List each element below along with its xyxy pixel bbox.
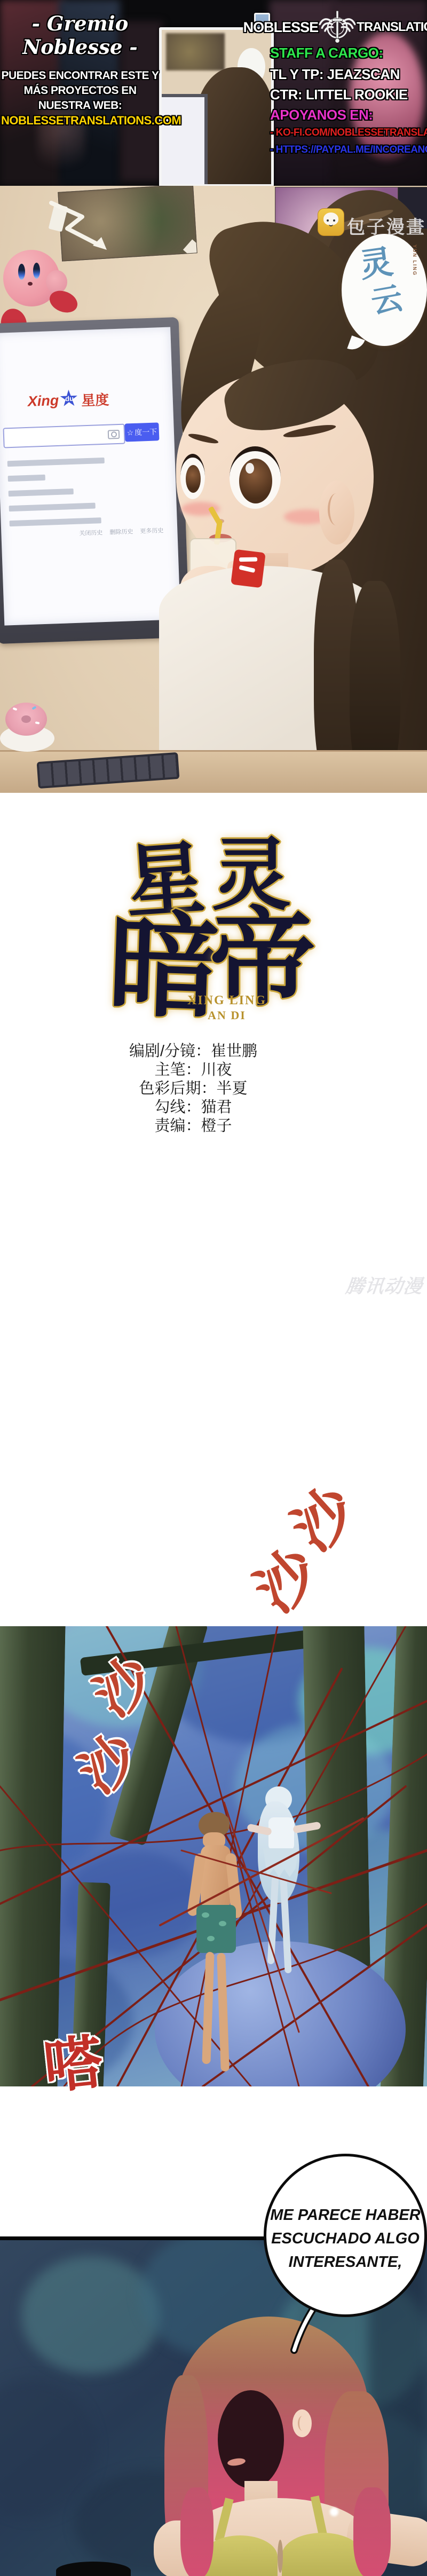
credit-line: 责编：橙子 xyxy=(0,1117,386,1136)
comic-page: - Gremio Noblesse - PUEDES ENCONTRAR EST… xyxy=(0,0,427,2576)
kirby-eye-icon xyxy=(18,264,25,280)
camisole-left xyxy=(203,2535,278,2576)
banner-note: PUEDES ENCONTRAR ESTE Y MÁS PROYECTOS EN… xyxy=(1,68,159,128)
girl-eye-right xyxy=(230,446,281,509)
support-heading: APOYANOS EN: xyxy=(270,107,373,123)
lingyun-scroll: 灵 云 YUN LING xyxy=(342,234,427,346)
girl-eye-left xyxy=(180,454,205,499)
search-button[interactable]: ☆ 度一下 xyxy=(124,422,159,442)
monitor-screen: Xing ★ du 星度 ☆ 度一下 xyxy=(0,327,180,625)
logo-latin-line1: XING LING xyxy=(168,994,286,1008)
woman-ear xyxy=(292,2409,312,2437)
calligraphy-bottom: 云 xyxy=(369,282,405,318)
brand-translations: TRANSLATIONS xyxy=(357,20,427,35)
camera-icon[interactable] xyxy=(108,430,120,439)
credit-line: 色彩后期：半夏 xyxy=(0,1080,386,1098)
woman-face-shadow xyxy=(218,2390,284,2488)
staff-heading: STAFF A CARGO: xyxy=(270,45,383,61)
shoulder-highlight xyxy=(330,2508,338,2516)
red-threads-front xyxy=(0,1626,427,2086)
search-logo-cn: 星度 xyxy=(81,389,109,409)
kirby-mouth-icon xyxy=(28,282,33,286)
note-line2: MÁS PROYECTOS EN NUESTRA WEB: xyxy=(1,83,159,113)
credit-line: 勾线：猫君 xyxy=(0,1098,386,1117)
scroll-caption: YUN LING xyxy=(412,245,417,276)
computer-monitor: Xing ★ du 星度 ☆ 度一下 xyxy=(0,317,189,644)
credit-line: 编剧/分镜：崔世鹏 xyxy=(0,1042,386,1061)
kirby-eye-icon xyxy=(33,263,40,279)
dialogue-text: ME PARECE HABER ESCUCHADO ALGO INTERESAN… xyxy=(266,2203,424,2274)
staff-line-ctr: CTR: LITTEL ROOKIE xyxy=(270,86,408,103)
staff-line-tl: TL Y TP: JEAZSCAN xyxy=(270,66,400,83)
baozi-app-icon xyxy=(318,208,344,236)
website-url: NOBLESSETRANSLATIONS.COM xyxy=(1,113,159,128)
history-link[interactable]: 删除历史 xyxy=(109,529,133,536)
brand-row: NOBLESSE TRANSLATIONS xyxy=(266,9,427,46)
kofi-url: - KO-FI.COM/NOBLESSETRANSLATIONS xyxy=(270,127,427,139)
credits-block: 编剧/分镜：崔世鹏 主笔：川夜 色彩后期：半夏 勾线：猫君 责编：橙子 xyxy=(0,1042,386,1136)
search-logo-latin: Xing xyxy=(27,392,59,409)
dialogue-line: ME PARECE HABER xyxy=(266,2203,424,2227)
star-icon: ★ du xyxy=(58,388,82,412)
foreground-silhouette xyxy=(56,2562,131,2576)
woman-hair-front xyxy=(353,2487,391,2576)
calligraphy-top: 灵 xyxy=(358,246,395,283)
suggestion-bar[interactable] xyxy=(8,475,45,482)
tencent-watermark: 腾讯动漫 xyxy=(344,1272,424,1298)
search-logo: Xing ★ du 星度 xyxy=(27,387,109,413)
dialogue-line: INTERESANTE, xyxy=(266,2250,424,2274)
title-logo: 星 灵 暗 帝 XING LING AN DI xyxy=(104,836,323,1076)
speech-bubble: ME PARECE HABER ESCUCHADO ALGO INTERESAN… xyxy=(264,2154,427,2317)
search-button-star-icon: ☆ xyxy=(126,428,133,437)
camisole-right xyxy=(282,2533,363,2576)
search-logo-du: du xyxy=(65,395,74,403)
suggestion-bar[interactable] xyxy=(10,517,101,526)
shirt-red-badge xyxy=(231,549,266,588)
sfx-tap: 嗒 xyxy=(41,2033,106,2097)
paypal-url: - HTTPS://PAYPAL.ME/INCOREANONE xyxy=(270,144,427,156)
history-link[interactable]: 关闭历史 xyxy=(79,530,102,537)
cover-illustration: Xing ★ du 星度 ☆ 度一下 xyxy=(0,186,427,793)
banner-preview-frame xyxy=(159,27,274,186)
kirby-arm xyxy=(46,270,67,294)
preview-poster xyxy=(166,33,225,70)
forest-panel xyxy=(0,1626,427,2086)
suggestion-bar[interactable] xyxy=(9,503,96,512)
logo-latin-line2: AN DI xyxy=(168,1009,286,1022)
search-input[interactable] xyxy=(3,424,125,448)
bokeh-blob xyxy=(0,2379,96,2518)
donut xyxy=(5,703,47,736)
dialogue-line: ESCUCHADO ALGO xyxy=(266,2227,424,2250)
woman-hair-front xyxy=(180,2487,213,2576)
preview-monitor xyxy=(159,94,208,186)
credit-line: 主笔：川夜 xyxy=(0,1061,386,1080)
suggestion-bar[interactable] xyxy=(7,458,105,467)
girl-ear xyxy=(319,480,354,545)
cleavage-shadow xyxy=(278,2540,283,2573)
history-links: 关闭历史 删除历史 更多历史 xyxy=(33,526,163,539)
brand-noblesse: NOBLESSE xyxy=(243,19,319,36)
note-line1: PUEDES ENCONTRAR ESTE Y xyxy=(1,68,159,83)
suggestion-bar[interactable] xyxy=(9,489,74,497)
translator-banner: - Gremio Noblesse - PUEDES ENCONTRAR EST… xyxy=(0,0,427,186)
history-link[interactable]: 更多历史 xyxy=(140,527,163,535)
search-button-label: 度一下 xyxy=(135,426,157,437)
winged-sword-icon xyxy=(319,9,356,46)
guild-title: - Gremio Noblesse - xyxy=(0,12,160,59)
